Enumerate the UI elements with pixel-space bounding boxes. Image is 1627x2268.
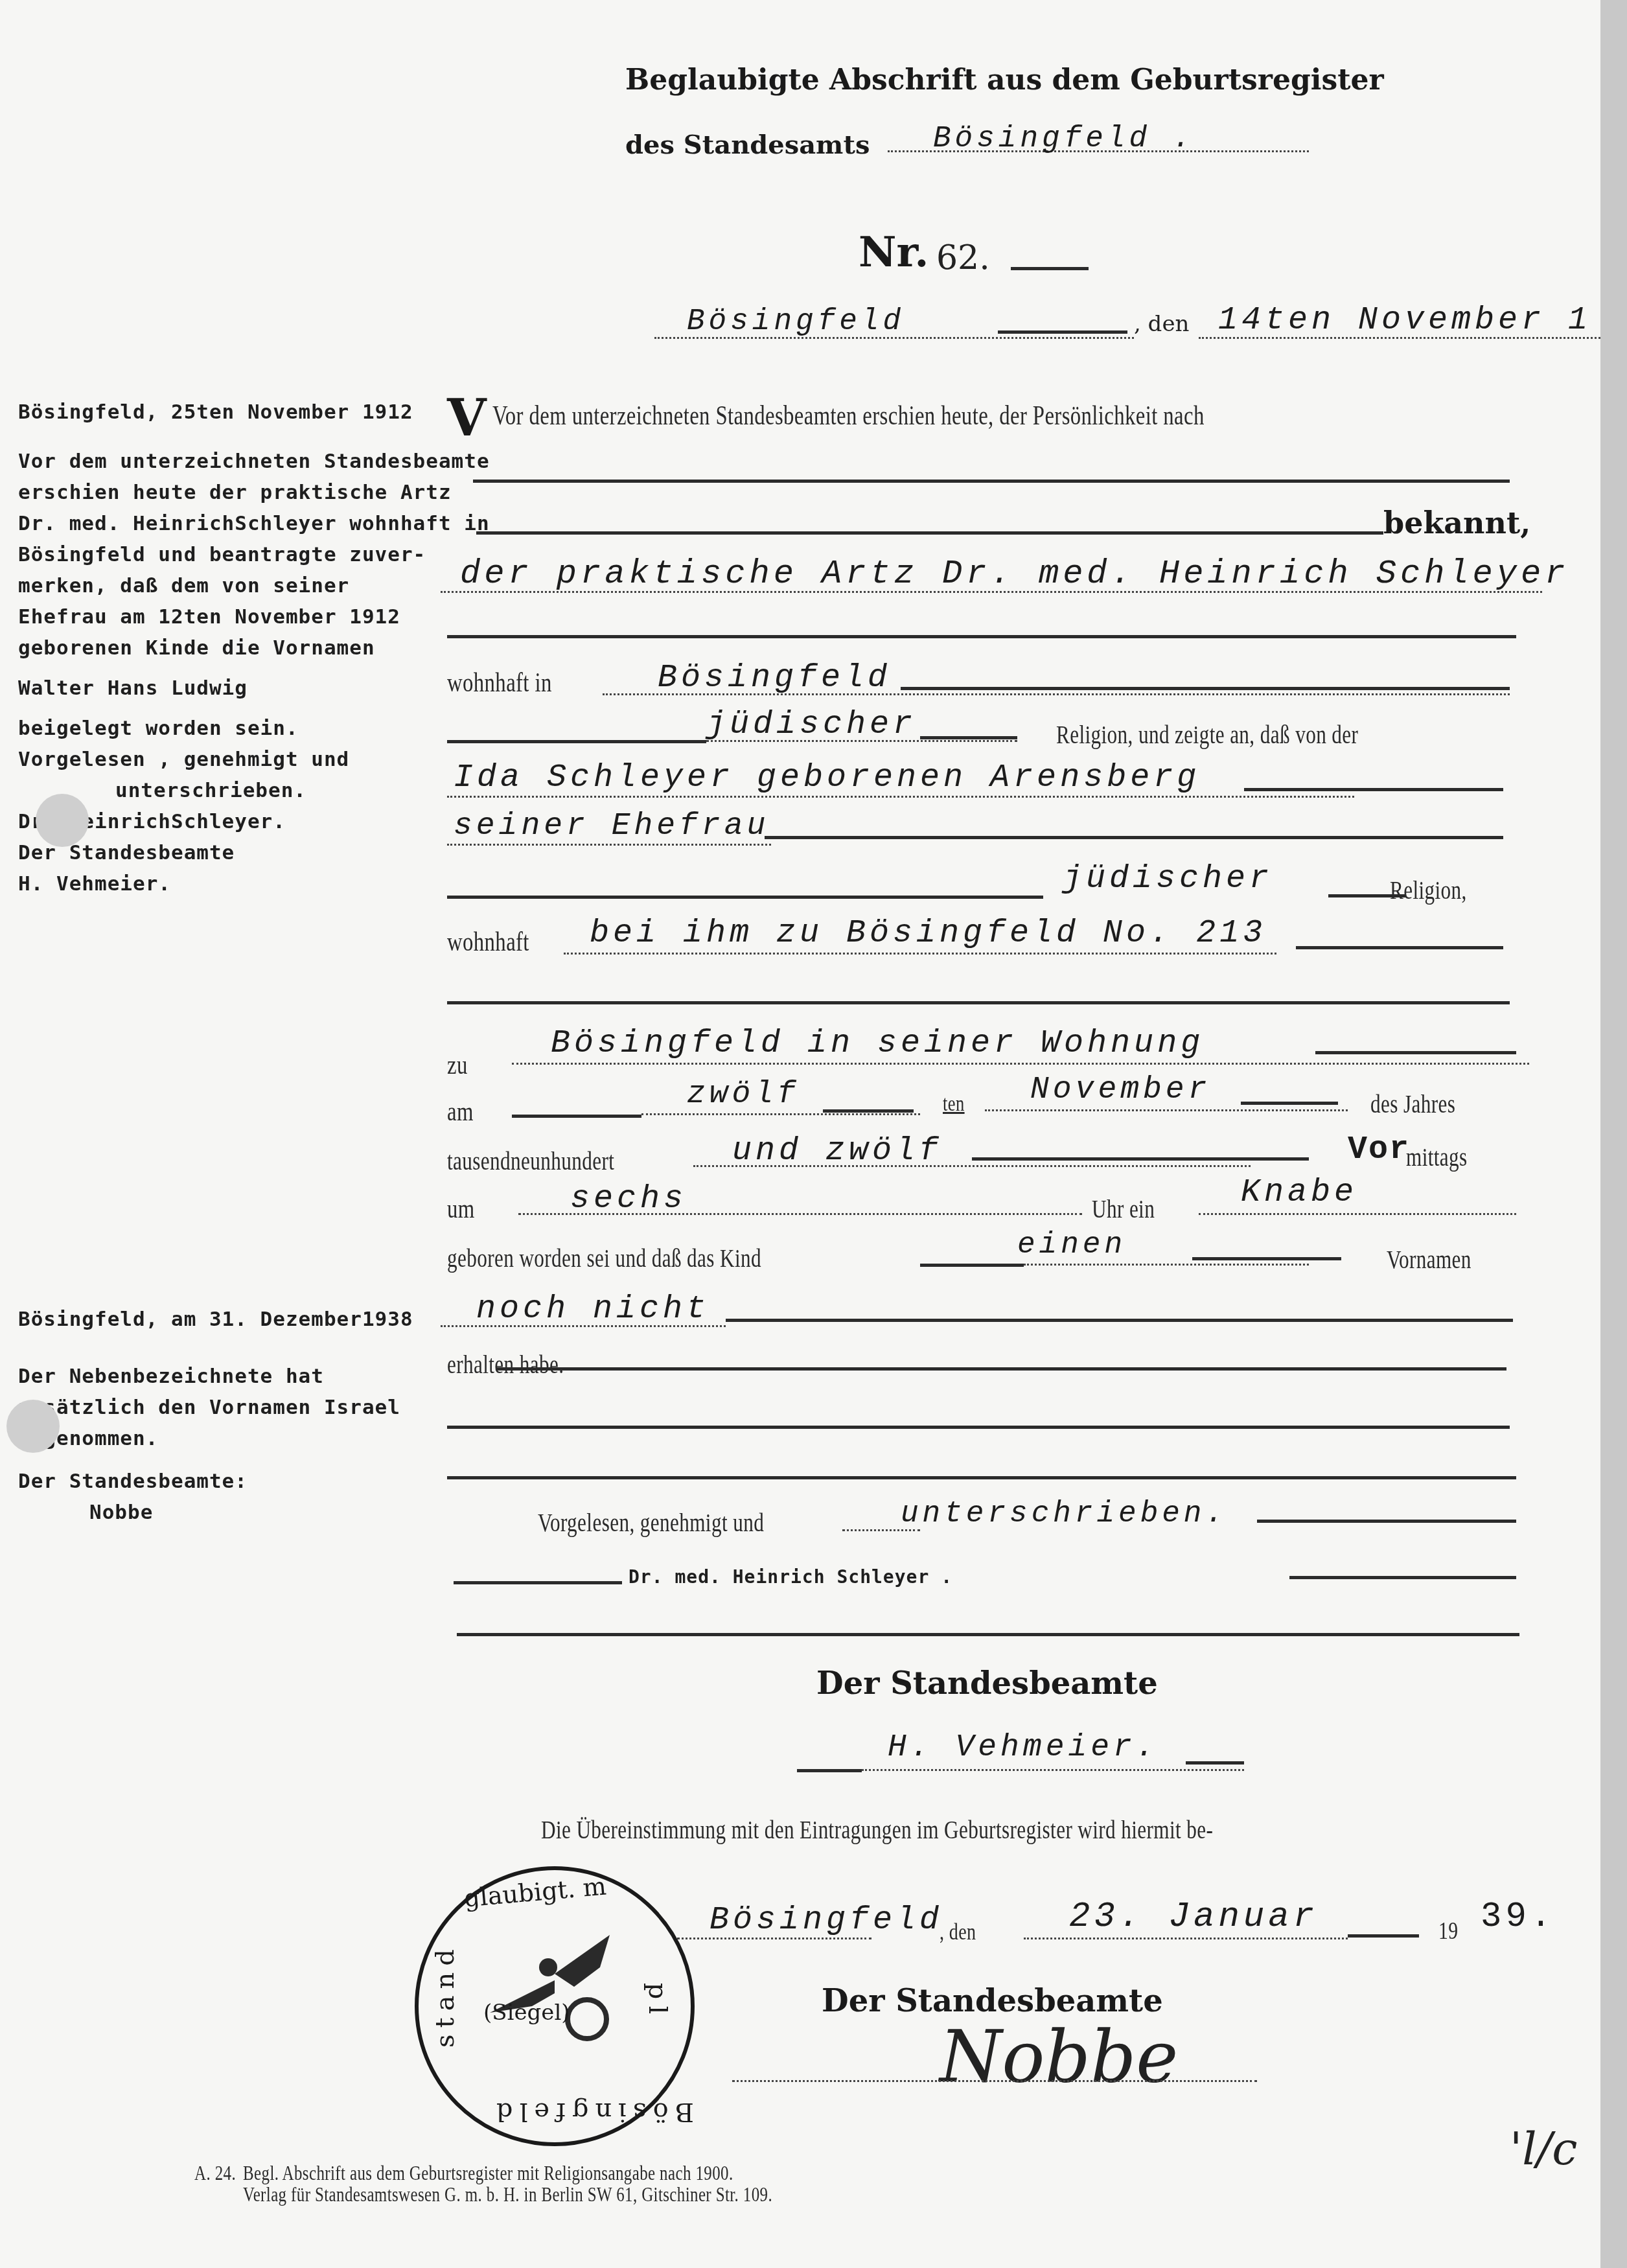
corner-annotation: 'l/c bbox=[1510, 2122, 1577, 2175]
birthplace-dotline bbox=[512, 1063, 1529, 1065]
rule bbox=[1244, 788, 1503, 791]
rule bbox=[457, 1633, 1519, 1636]
official-name: H. Vehmeier. bbox=[888, 1730, 1159, 1765]
record-date: 14ten November 1 bbox=[1218, 302, 1591, 339]
cert-signature-dotline bbox=[732, 2080, 1257, 2082]
uhr-label: Uhr ein bbox=[1092, 1194, 1155, 1224]
rule bbox=[765, 836, 1503, 839]
day-dotline bbox=[641, 1113, 920, 1115]
record-number-value: 62. bbox=[936, 238, 990, 277]
stamp-right-text: pl bbox=[643, 1983, 673, 2020]
rule bbox=[447, 740, 706, 743]
margin-note-1: Bösingfeld, 25ten November 1912 Vor dem … bbox=[18, 397, 490, 899]
vornamen-label: Vornamen bbox=[1387, 1244, 1471, 1275]
rule bbox=[476, 531, 1383, 535]
rule bbox=[1011, 267, 1089, 270]
official-dotline bbox=[862, 1769, 1244, 1771]
rule bbox=[797, 1769, 862, 1772]
margin-line: Walter Hans Ludwig bbox=[18, 673, 490, 704]
religion-1-value: jüdischer bbox=[706, 706, 916, 743]
margin-line: Dr. med. HeinrichSchleyer wohnhaft in bbox=[18, 508, 490, 539]
stamp-center-text: (Siegel) bbox=[483, 2000, 570, 2026]
certification-year-prefix: 19 bbox=[1438, 1917, 1458, 1945]
margin-line: unterschrieben. bbox=[18, 775, 490, 806]
ten-label: ten bbox=[943, 1092, 965, 1117]
footer-form-code: A. 24. bbox=[194, 2161, 236, 2185]
form-intro: Vor dem unterzeichneten Standesbeamten e… bbox=[492, 400, 1604, 432]
margin-line: Bösingfeld, 25ten November 1912 bbox=[18, 397, 490, 428]
eagle-emblem-icon bbox=[477, 1928, 632, 2045]
rule bbox=[1241, 1102, 1338, 1105]
rule bbox=[1296, 946, 1503, 949]
rule bbox=[998, 330, 1127, 334]
punch-hole bbox=[6, 1400, 60, 1453]
certification-year-suffix: 39. bbox=[1481, 1897, 1555, 1937]
rule bbox=[901, 687, 1510, 690]
margin-line: Bösingfeld, am 31. Dezember1938 bbox=[18, 1304, 413, 1335]
rule bbox=[1289, 1576, 1516, 1579]
vorgelesen-value: unterschrieben. bbox=[901, 1497, 1227, 1531]
margin-line: geborenen Kinde die Vornamen bbox=[18, 632, 490, 664]
rule bbox=[447, 1476, 1516, 1479]
wohnhaft-dotline bbox=[564, 953, 1276, 955]
stamp-bottom-text: Bösingfeld bbox=[490, 2097, 694, 2127]
office-label: des Standesamts bbox=[625, 130, 870, 160]
margin-note-2: Bösingfeld, am 31. Dezember1938 Der Nebe… bbox=[18, 1304, 413, 1528]
rule bbox=[447, 635, 1516, 638]
relation-dotline bbox=[447, 844, 771, 846]
mother-value: Ida Schleyer geborenen Arensberg bbox=[454, 759, 1200, 796]
rule bbox=[823, 1109, 914, 1113]
margin-line: Dr. HeinrichSchleyer. bbox=[18, 806, 490, 837]
rule bbox=[454, 1581, 622, 1584]
certification-official-title: Der Standesbeamte bbox=[822, 1983, 1163, 2019]
rule bbox=[447, 1001, 1510, 1004]
stamp-top-text: glaubigt. m bbox=[463, 1872, 608, 1913]
margin-line: merken, daß dem von seiner bbox=[18, 570, 490, 601]
margin-line: Nobbe bbox=[18, 1497, 413, 1528]
wohnhaft-in-value: Bösingfeld bbox=[658, 660, 891, 697]
margin-line: Vorgelesen , genehmigt und bbox=[18, 744, 490, 775]
margin-line: H. Vehmeier. bbox=[18, 868, 490, 899]
am-label: am bbox=[447, 1096, 474, 1128]
hour-value: sechs bbox=[570, 1181, 687, 1218]
declarant-signature: Dr. med. Heinrich Schleyer . bbox=[629, 1562, 952, 1593]
official-title: Der Standesbeamte bbox=[816, 1665, 1158, 1702]
rule bbox=[1315, 1051, 1516, 1054]
year-value: und zwölf bbox=[732, 1133, 942, 1170]
zu-label: zu bbox=[447, 1050, 468, 1081]
declarant-value: der praktische Artz Dr. med. Heinrich Sc… bbox=[460, 555, 1569, 593]
day-value: zwölf bbox=[687, 1077, 800, 1112]
margin-line: Ehefrau am 12ten November 1912 bbox=[18, 601, 490, 632]
certification-place: Bösingfeld bbox=[710, 1902, 943, 1939]
rule bbox=[920, 736, 1017, 739]
official-seal-stamp: glaubigt. m stand pl Bösingfeld (Siegel) bbox=[415, 1866, 695, 2146]
margin-line: Bösingfeld und beantragte zuver- bbox=[18, 539, 490, 570]
footer-line-2: Verlag für Standesamtswesen G. m. b. H. … bbox=[243, 2182, 772, 2206]
tausend-label: tausendneunhundert bbox=[447, 1146, 614, 1176]
rule bbox=[1192, 1257, 1341, 1260]
margin-line: zusätzlich den Vornamen Israel bbox=[18, 1392, 413, 1423]
rule bbox=[726, 1319, 1513, 1322]
names-status-value: noch nicht bbox=[476, 1291, 710, 1328]
margin-line: Der Standesbeamte bbox=[18, 837, 490, 868]
drop-cap: V bbox=[447, 389, 487, 448]
document-page: Beglaubigte Abschrift aus dem Geburtsreg… bbox=[0, 0, 1600, 2268]
rule bbox=[473, 480, 1510, 483]
rule bbox=[496, 1367, 1506, 1371]
relation-value: seiner Ehefrau bbox=[454, 809, 769, 844]
rule bbox=[1257, 1520, 1516, 1523]
names-count-dotline bbox=[1024, 1264, 1309, 1266]
certification-date: 23. Januar bbox=[1069, 1897, 1318, 1937]
cert-date-dotline bbox=[1024, 1938, 1348, 1939]
margin-line: erschien heute der praktische Artz bbox=[18, 477, 490, 508]
punch-hole bbox=[36, 794, 89, 847]
month-dotline bbox=[985, 1109, 1348, 1111]
office-value: Bösingfeld . bbox=[933, 122, 1194, 156]
certification-den-label: , den bbox=[940, 1918, 976, 1945]
record-number-label: Nr. bbox=[859, 228, 929, 277]
wohnhaft-value: bei ihm zu Bösingfeld No. 213 bbox=[590, 915, 1266, 952]
wohnhaft-in-label: wohnhaft in bbox=[447, 667, 552, 699]
rule bbox=[972, 1157, 1309, 1161]
margin-line: Vor dem unterzeichneten Standesbeamte bbox=[18, 446, 490, 477]
certification-signature: Nobbe bbox=[940, 2015, 1178, 2098]
erhalten-label: erhalten habe. bbox=[447, 1349, 564, 1380]
rule bbox=[447, 1426, 1510, 1429]
month-value: November bbox=[1030, 1072, 1210, 1107]
religion-1-label: Religion, und zeigte an, daß von der bbox=[1056, 719, 1358, 750]
wohnhaft-label: wohnhaft bbox=[447, 927, 529, 958]
margin-line: Der Standesbeamte: bbox=[18, 1466, 413, 1497]
document-title: Beglaubigte Abschrift aus dem Geburtsreg… bbox=[625, 64, 1384, 97]
margin-line: Der Nebenbezeichnete hat bbox=[18, 1361, 413, 1392]
margin-line: beigelegt worden sein. bbox=[18, 713, 490, 744]
vorgelesen-label: Vorgelesen, genehmigt und bbox=[538, 1507, 764, 1538]
birthplace-value: Bösingfeld in seiner Wohnung bbox=[551, 1025, 1204, 1062]
religion-2-label: Religion, bbox=[1390, 875, 1467, 905]
bekannt-label: bekannt, bbox=[1383, 505, 1530, 540]
names-count-value: einen bbox=[1017, 1228, 1126, 1262]
rule bbox=[1348, 1934, 1419, 1938]
record-den-label: , den bbox=[1134, 311, 1189, 337]
mittags-label: mittags bbox=[1406, 1142, 1468, 1172]
stamp-left-text: stand bbox=[430, 1943, 460, 2048]
footer-line-1: Begl. Abschrift aus dem Geburtsregister … bbox=[243, 2161, 733, 2185]
margin-line: angenommen. bbox=[18, 1423, 413, 1454]
record-place: Bösingfeld bbox=[687, 305, 905, 338]
sex-dotline bbox=[1199, 1213, 1516, 1215]
geboren-label: geboren worden sei und daß das Kind bbox=[447, 1243, 761, 1273]
sex-value: Knabe bbox=[1241, 1174, 1357, 1211]
rule bbox=[512, 1115, 641, 1118]
religion-2-value: jüdischer bbox=[1063, 861, 1273, 897]
des-jahres-label: des Jahres bbox=[1370, 1089, 1455, 1119]
rule bbox=[447, 896, 1043, 899]
rule bbox=[920, 1264, 1024, 1267]
certification-text: Die Übereinstimmung mit den Eintragungen… bbox=[541, 1814, 1213, 1845]
vormittags-prefix: Vor bbox=[1348, 1131, 1410, 1168]
um-label: um bbox=[447, 1194, 475, 1225]
rule bbox=[1186, 1761, 1244, 1765]
